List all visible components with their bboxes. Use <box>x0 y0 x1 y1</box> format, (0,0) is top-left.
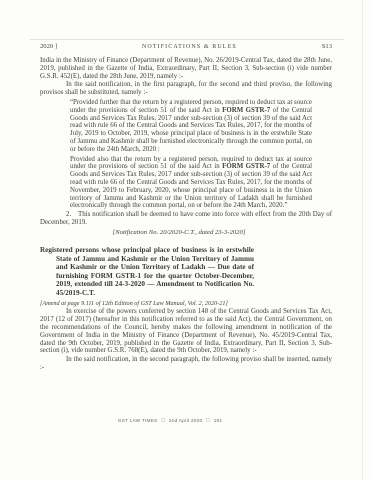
scan-edge-line <box>362 0 363 480</box>
proviso-1-text-post: of the Central Goods and Services Tax Ru… <box>70 107 312 153</box>
notification-heading: Registered persons whose principal place… <box>56 246 254 297</box>
proviso-2-form-gstr7: FORM GSTR-7 <box>222 163 270 170</box>
page-body: India in the Ministry of Finance (Depart… <box>0 51 370 372</box>
proviso-1-form-gstr7: FORM GSTR-7 <box>222 107 270 114</box>
journal-name: GST LAW TIMES <box>118 419 158 424</box>
paragraph-exercise-of-powers: In exercise of the powers conferred by s… <box>40 308 332 355</box>
square-separator-icon: □ <box>206 418 209 424</box>
proviso-2: Provided also that the return by a regis… <box>70 156 312 211</box>
clause-2: 2. This notification shall be deemed to … <box>40 211 332 227</box>
footer-page-number: 191 <box>214 419 223 424</box>
notification-citation: [Notification No. 20/2020-C.T., dated 23… <box>40 229 318 237</box>
running-title: NOTIFICATIONS & RULES <box>142 44 237 51</box>
proviso-1: “Provided further that the return by a r… <box>70 99 312 154</box>
proviso-2-text-post: of the Central Goods and Services Tax Ru… <box>70 163 312 209</box>
issue-date: 2nd April 2020 <box>169 419 202 424</box>
paragraph-amendment-intro: In the said notification, in the first p… <box>40 81 332 97</box>
header-page-number: S13 <box>322 43 332 50</box>
document-page: 2020 ] NOTIFICATIONS & RULES S13 India i… <box>0 0 370 480</box>
page-header: 2020 ] NOTIFICATIONS & RULES S13 <box>0 0 370 51</box>
page-footer: GST LAW TIMES□2nd April 2020□191 <box>0 418 340 424</box>
header-rule <box>30 39 344 40</box>
paragraph-proviso-insertion: In the said notification, in the second … <box>40 356 332 372</box>
header-year: 2020 ] <box>40 43 57 50</box>
paragraph-continuation: India in the Ministry of Finance (Depart… <box>40 57 332 80</box>
manual-reference: [Amend at page 9.111 of 12th Edition of … <box>40 300 332 307</box>
square-separator-icon: □ <box>162 418 165 424</box>
